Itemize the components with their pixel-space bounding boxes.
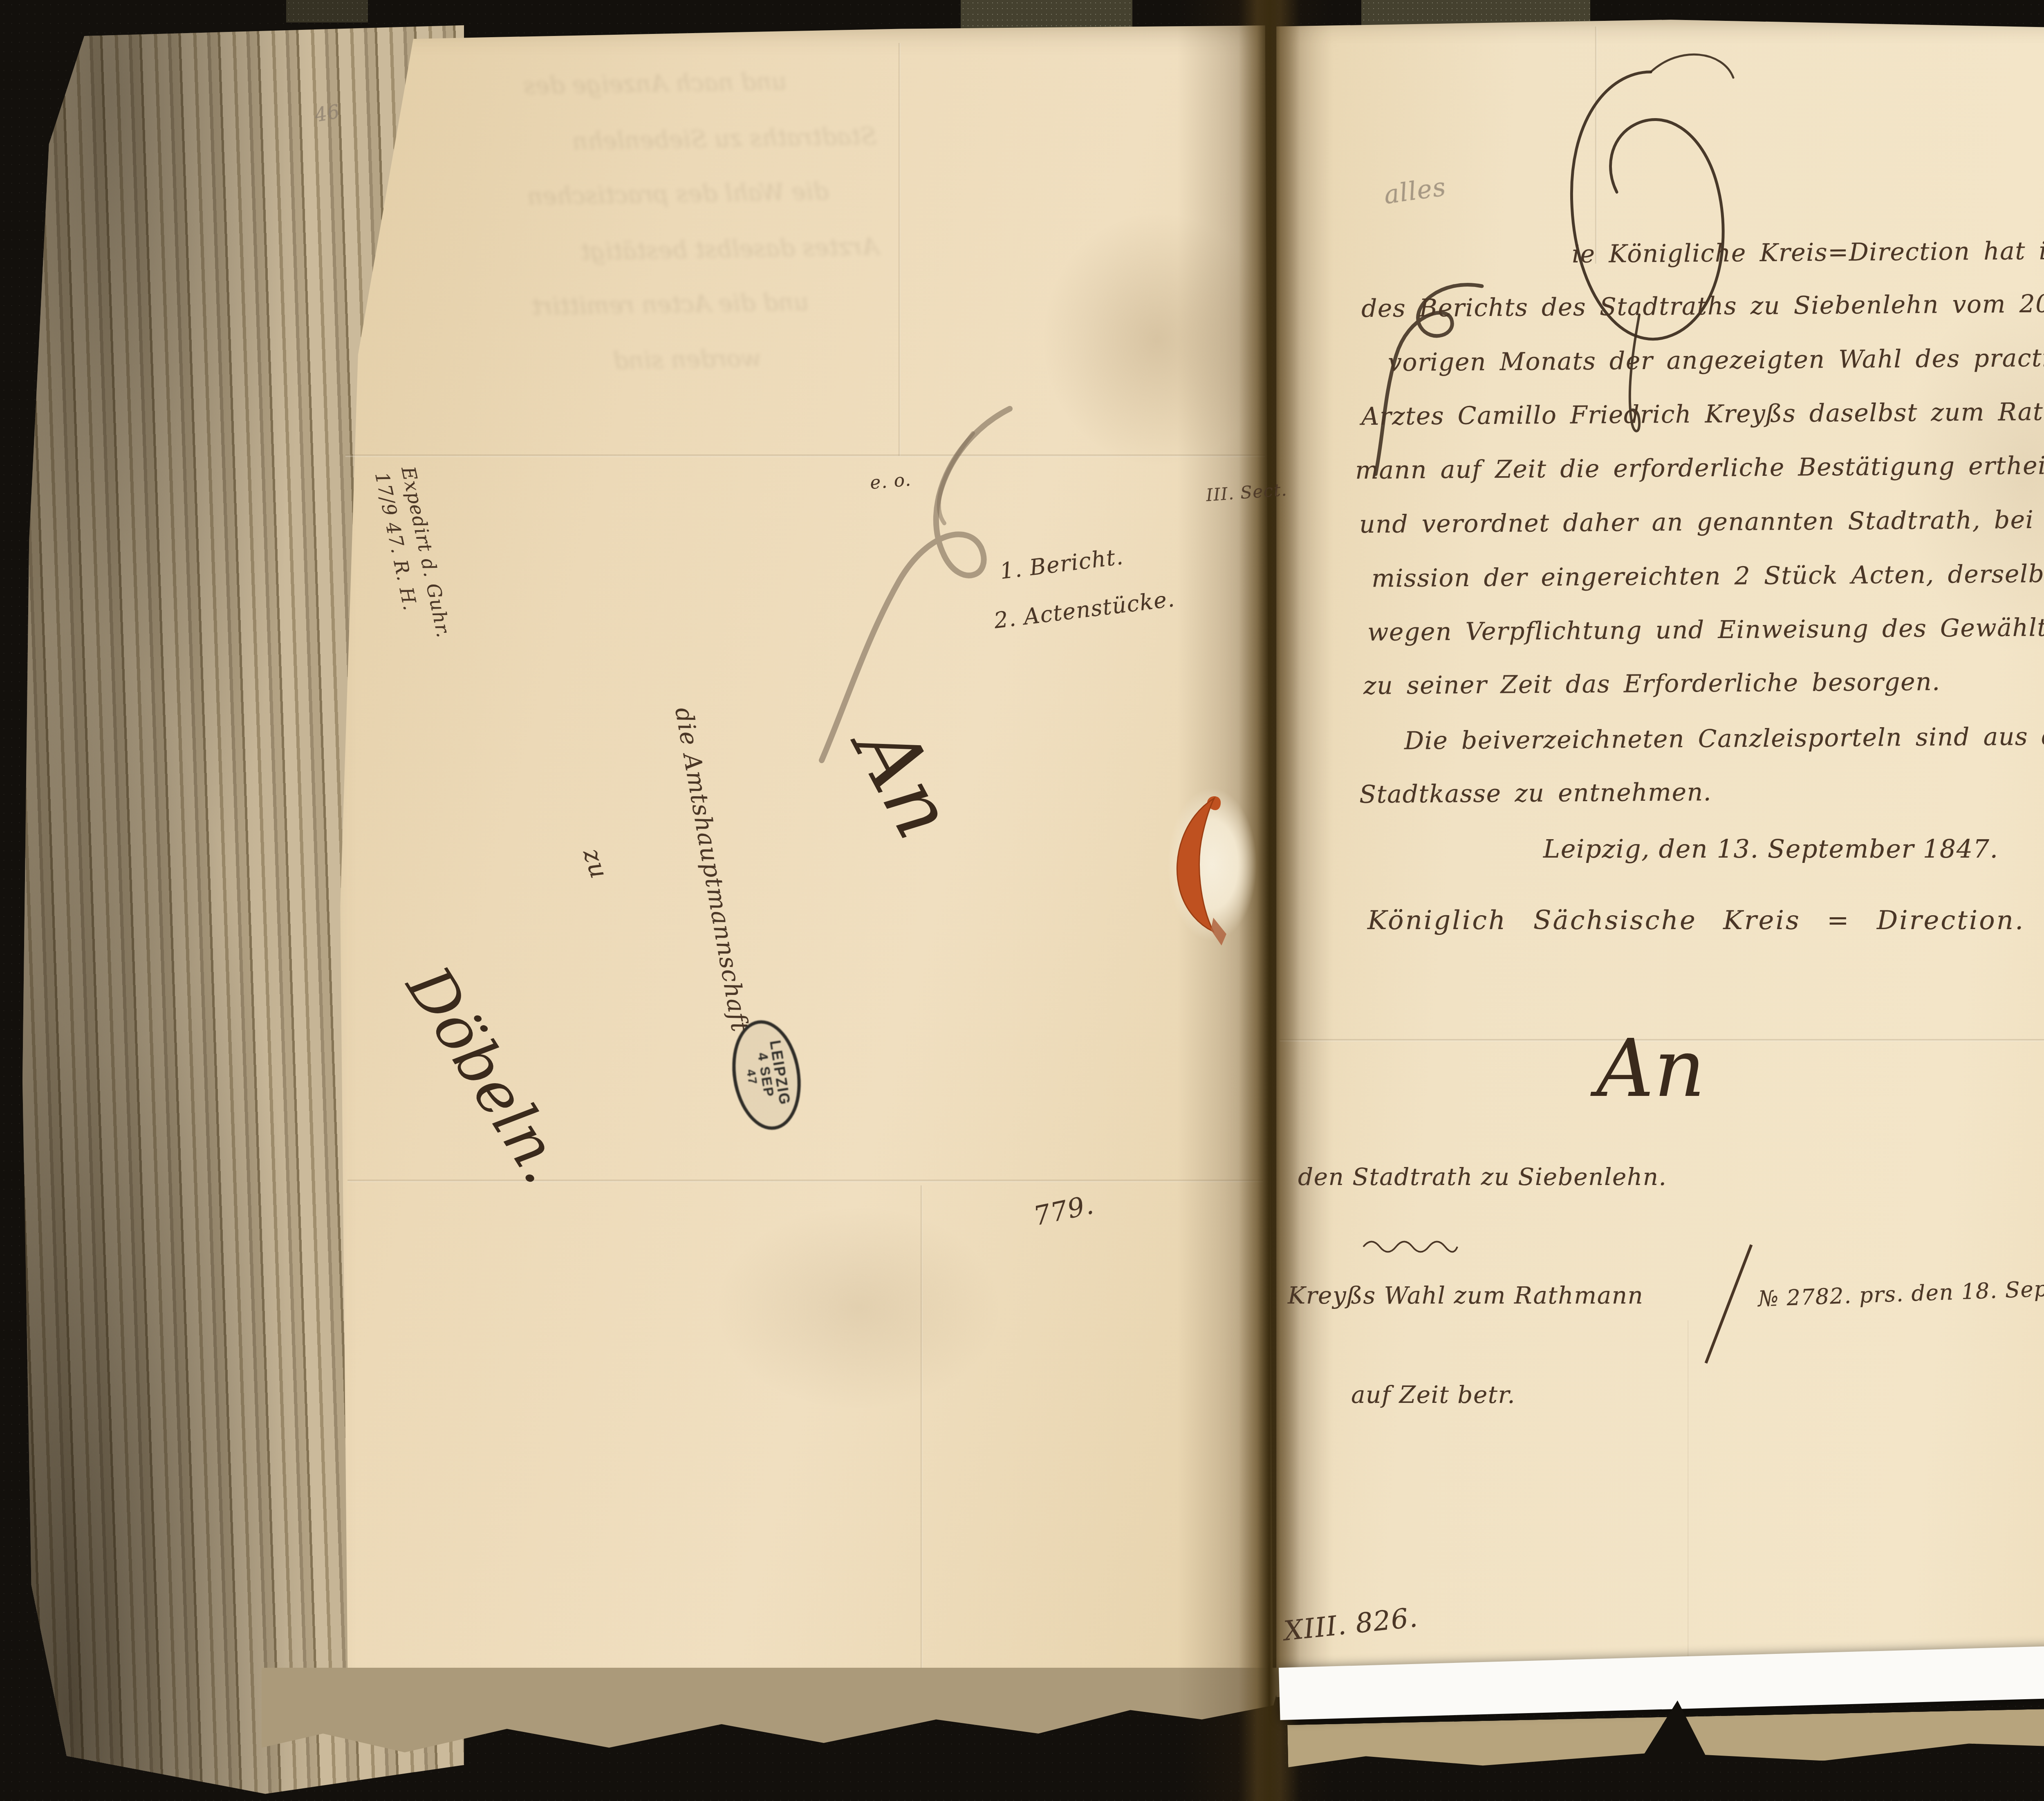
subject-line-1: Kreyßs Wahl zum Rathmann bbox=[1288, 1281, 1643, 1309]
letter-line: mann auf Zeit die erforderliche Bestätig… bbox=[1355, 451, 2044, 485]
bleedthrough-line: worden sind bbox=[613, 344, 761, 374]
letter-line: Stadtkasse zu entnehmen. bbox=[1359, 778, 1712, 809]
address-line: den Stadtrath zu Siebenlehn. bbox=[1298, 1163, 1667, 1191]
fold-line bbox=[1688, 1320, 1690, 1680]
book-top-edge-sliver bbox=[286, 0, 368, 22]
address-heading: An bbox=[1596, 1022, 1705, 1115]
letter-line: mission der eingereichten 2 Stück Acten,… bbox=[1372, 559, 2044, 593]
letter-line: wegen Verpflichtung und Einweisung des G… bbox=[1367, 613, 2044, 647]
bleedthrough-line: Stadtraths zu Siebenlehn bbox=[572, 122, 877, 155]
pencil-folio-note: 46 bbox=[313, 100, 342, 126]
wax-seal bbox=[1165, 795, 1235, 934]
closing-squiggle bbox=[1361, 1234, 1459, 1255]
bleedthrough-line: Arztes daselbst bestätigt bbox=[580, 233, 879, 266]
letter-line: ie Königliche Kreis=Direction hat in Ver… bbox=[1572, 236, 2044, 269]
subject-line-2: auf Zeit betr. bbox=[1351, 1381, 1515, 1409]
letter-line: Arztes Camillo Friedrich Kreyßs daselbst… bbox=[1361, 397, 2044, 431]
date-line: Leipzig, den 13. September 1847. bbox=[1543, 834, 1999, 864]
bleedthrough-line: die Wahl des practischen bbox=[527, 177, 829, 211]
paper-stain bbox=[715, 1206, 1002, 1410]
bleedthrough-line: und die Acten remittirt bbox=[531, 288, 809, 320]
letter-line: Die beiverzeichneten Canzleisporteln sin… bbox=[1404, 722, 2044, 755]
letter-line: vorigen Monats der angezeigten Wahl des … bbox=[1388, 343, 2044, 377]
letter-line: und verordnet daher an genannten Stadtra… bbox=[1359, 505, 2044, 539]
letter-line: des Berichts des Stadtraths zu Siebenleh… bbox=[1361, 289, 2044, 323]
letter-line: zu seiner Zeit das Erforderliche besorge… bbox=[1363, 668, 1941, 700]
fold-line bbox=[347, 1180, 1263, 1182]
bottom-page-edges-left bbox=[262, 1668, 1284, 1762]
postmark-year: 47 bbox=[744, 1069, 759, 1086]
corner-note: e. o. bbox=[869, 469, 912, 494]
signature-line: Königlich Sächsische Kreis = Direction. bbox=[1367, 905, 2025, 936]
archival-book-scan: und nach Anzeige des Stadtraths zu Siebe… bbox=[0, 0, 2044, 1801]
fold-line bbox=[921, 1185, 923, 1668]
bleedthrough-line: und nach Anzeige des bbox=[523, 67, 787, 99]
